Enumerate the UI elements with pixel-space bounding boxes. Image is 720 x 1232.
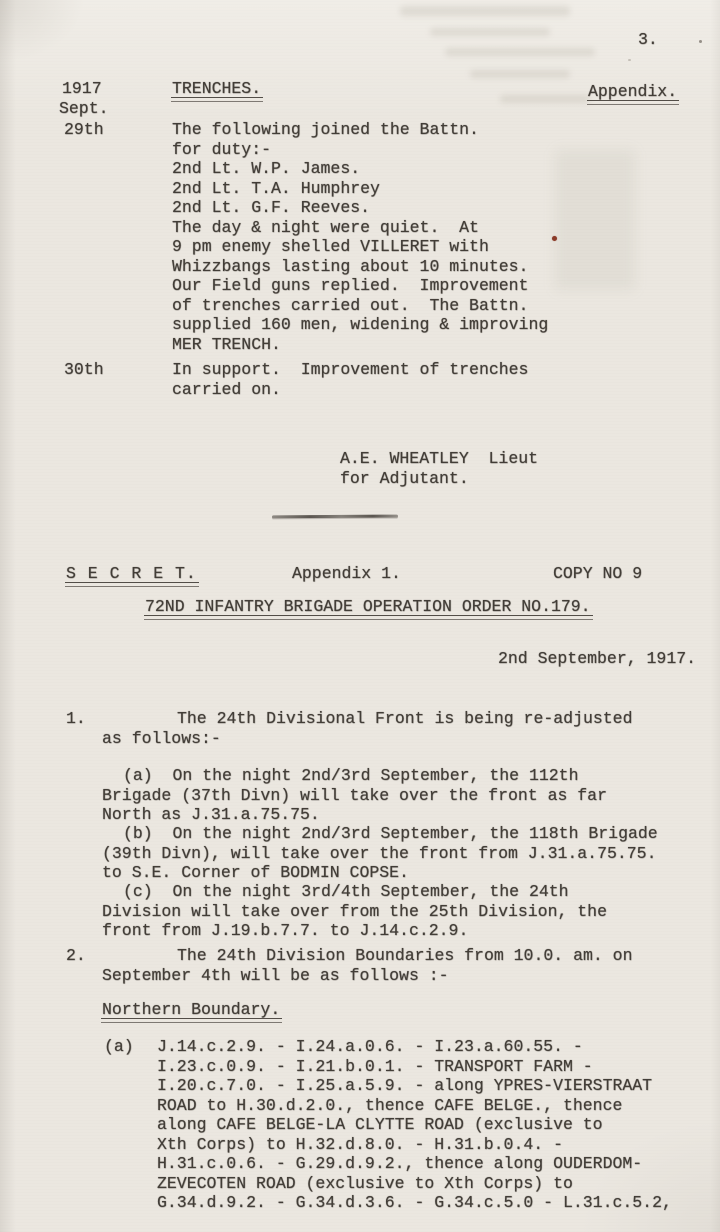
paragraph-1-item-b: (b) On the night 2nd/3rd September, the … [102, 824, 658, 883]
text-line: North as J.31.a.75.75. [102, 805, 607, 825]
entry-30-day: 30th [64, 360, 104, 380]
paragraph-2-text: The 24th Division Boundaries from 10.0. … [102, 946, 632, 985]
text-line: 9 pm enemy shelled VILLERET with [172, 237, 548, 257]
order-date: 2nd September, 1917. [498, 649, 696, 669]
text-line: carried on. [172, 380, 528, 400]
text-line: The following joined the Battn. [172, 120, 548, 140]
text-line: September 4th will be as follows :- [102, 966, 632, 986]
text-line: of trenches carried out. The Battn. [172, 296, 548, 316]
boundary-item-a-text: J.14.c.2.9. - I.24.a.0.6. - I.23.a.60.55… [157, 1037, 672, 1213]
diary-year: 1917 [62, 79, 102, 99]
operation-order-title: 72ND INFANTRY BRIGADE OPERATION ORDER NO… [145, 597, 591, 617]
entry-30-text: In support. Improvement of trenchescarri… [172, 360, 528, 399]
entry-29-text: The following joined the Battn.for duty:… [172, 120, 548, 354]
paragraph-1-item-c: (c) On the night 3rd/4th September, the … [102, 882, 607, 941]
text-line: In support. Improvement of trenches [172, 360, 528, 380]
text-line: for Adjutant. [340, 469, 538, 489]
text-line: Xth Corps) to H.32.d.8.0. - H.31.b.0.4. … [157, 1135, 672, 1155]
bleed-through-smudge [500, 95, 590, 103]
paragraph-1-text: The 24th Divisional Front is being re-ad… [102, 709, 632, 748]
text-line: ROAD to H.30.d.2.0., thence CAFE BELGE.,… [157, 1096, 672, 1116]
text-line: (c) On the night 3rd/4th September, the … [102, 882, 607, 902]
section-divider-line [272, 515, 398, 519]
text-line: to S.E. Corner of BODMIN COPSE. [102, 863, 658, 883]
boundary-item-a-marker: (a) [104, 1037, 134, 1057]
text-line: G.34.d.9.2. - G.34.d.3.6. - G.34.c.5.0 -… [157, 1193, 672, 1213]
text-line: (a) On the night 2nd/3rd September, the … [102, 766, 607, 786]
signature-block: A.E. WHEATLEY Lieutfor Adjutant. [340, 449, 538, 488]
text-line: The 24th Division Boundaries from 10.0. … [102, 946, 632, 966]
entry-29-day: 29th [64, 120, 104, 140]
bleed-through-smudge [555, 150, 635, 290]
text-line: I.20.c.7.0. - I.25.a.5.9. - along YPRES-… [157, 1076, 672, 1096]
text-line: (39th Divn), will take over the front fr… [102, 844, 658, 864]
text-line: The 24th Divisional Front is being re-ad… [102, 709, 632, 729]
copy-number: COPY NO 9 [553, 564, 642, 584]
text-line: The day & night were quiet. At [172, 218, 548, 238]
text-line: H.31.c.0.6. - G.29.d.9.2., thence along … [157, 1154, 672, 1174]
appendix-label: Appendix. [588, 82, 677, 102]
text-line: supplied 160 men, widening & improving [172, 315, 548, 335]
text-line: front from J.19.b.7.7. to J.14.c.2.9. [102, 921, 607, 941]
text-line: 2nd Lt. T.A. Humphrey [172, 179, 548, 199]
text-line: Our Field guns replied. Improvement [172, 276, 548, 296]
northern-boundary-heading: Northern Boundary. [102, 1000, 280, 1020]
scanned-war-diary-page: 3. Appendix. 1917 TRENCHES. Sept. 29th T… [0, 0, 720, 1232]
text-line: I.23.c.0.9. - I.21.b.0.1. - TRANSPORT FA… [157, 1057, 672, 1077]
text-line: (b) On the night 2nd/3rd September, the … [102, 824, 658, 844]
text-line: MER TRENCH. [172, 335, 548, 355]
text-line: for duty:- [172, 140, 548, 160]
text-line: 2nd Lt. W.P. James. [172, 159, 548, 179]
text-line: Division will take over from the 25th Di… [102, 902, 607, 922]
text-line: ZEVECOTEN ROAD (exclusive to Xth Corps) … [157, 1174, 672, 1194]
paragraph-2-number: 2. [66, 946, 86, 966]
trenches-heading: TRENCHES. [172, 79, 261, 99]
bleed-through-smudge [445, 48, 595, 56]
text-line: Brigade (37th Divn) will take over the f… [102, 786, 607, 806]
page-number: 3. [638, 30, 658, 50]
paragraph-1-item-a: (a) On the night 2nd/3rd September, the … [102, 766, 607, 825]
text-line: along CAFE BELGE-LA CLYTTE ROAD (exclusi… [157, 1115, 672, 1135]
paper-speck [628, 59, 631, 61]
red-ink-dot [552, 236, 557, 241]
appendix-reference: Appendix 1. [292, 564, 401, 584]
bleed-through-smudge [470, 70, 570, 78]
text-line: 2nd Lt. G.F. Reeves. [172, 198, 548, 218]
text-line: J.14.c.2.9. - I.24.a.0.6. - I.23.a.60.55… [157, 1037, 672, 1057]
bleed-through-smudge [400, 6, 570, 16]
diary-month: Sept. [59, 99, 109, 119]
text-line: A.E. WHEATLEY Lieut [340, 449, 538, 469]
classification-label: S E C R E T. [66, 564, 197, 584]
text-line: as follows:- [102, 729, 632, 749]
bleed-through-smudge [430, 28, 550, 36]
paper-speck [699, 40, 702, 43]
text-line: Whizzbangs lasting about 10 minutes. [172, 257, 548, 277]
paragraph-1-number: 1. [66, 709, 86, 729]
